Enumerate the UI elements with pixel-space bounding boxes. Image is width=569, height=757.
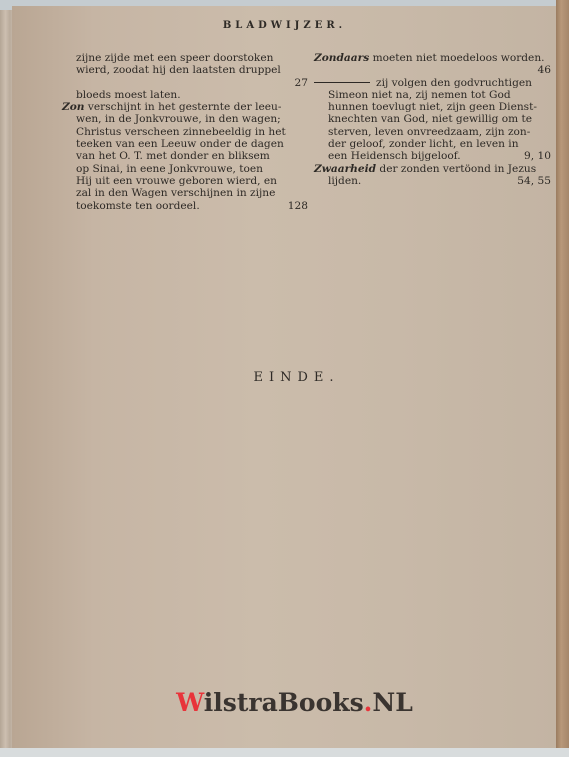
entry-line: van het O. T. met donder en bliksem — [62, 150, 308, 162]
entry-line: toekomste ten oordeel. — [76, 200, 200, 212]
entry-keyword: Zon — [62, 101, 85, 113]
index-entry: zij volgen den godvruchtigen Simeon niet… — [314, 77, 551, 163]
entry-line: Christus verscheen zinnebeeldig in het — [62, 126, 308, 138]
entry-line: een Heidensch bijgeloof. — [328, 150, 461, 162]
watermark-suffix: NL — [372, 688, 412, 717]
entry-page-ref: 9, 10 — [524, 150, 551, 162]
entry-line: zij volgen den godvruchtigen — [376, 77, 532, 89]
entry-line: Hij uit een vrouwe geboren wierd, en — [62, 175, 308, 187]
entry-page-ref: 54, 55 — [517, 175, 551, 187]
entry-line: teeken van een Leeuw onder de dagen — [62, 138, 308, 150]
watermark-logo: WilstraBooks.NL — [0, 688, 569, 717]
entry-line: zijne zijde met een speer doorstoken — [62, 52, 308, 64]
watermark-name: ilstraBooks — [204, 688, 364, 717]
entry-page-ref: 46 — [314, 64, 551, 76]
entry-keyword: Zondaars — [314, 52, 369, 64]
entry-line: zal in den Wagen verschijnen in zijne — [62, 187, 308, 199]
entry-line: verschijnt in het gesternte der leeu- — [88, 101, 282, 113]
entry-keyword: Zwaarheid — [314, 163, 376, 175]
index-column-right: Zondaars moeten niet moedeloos worden. 4… — [314, 52, 551, 187]
entry-line: wen, in de Jonkvrouwe, in den wagen; — [62, 113, 308, 125]
entry-line: op Sinai, in eene Jonkvrouwe, toen — [62, 163, 308, 175]
entry-page-ref: 128 — [288, 200, 308, 212]
entry-line: der zonden vertöond in Jezus — [379, 163, 536, 175]
entry-line: wierd, zoodat hij den laatsten druppel — [62, 64, 308, 76]
watermark-initial: W — [176, 688, 204, 717]
entry-line: Simeon niet na, zij nemen tot God — [314, 89, 551, 101]
index-entry: Zwaarheid der zonden vertöond in Jezus l… — [314, 163, 551, 188]
index-entry: zijne zijde met een speer doorstoken wie… — [62, 52, 308, 101]
entry-line: der geloof, zonder licht, en leven in — [314, 138, 551, 150]
background-bottom — [0, 748, 569, 757]
index-entry: Zon verschijnt in het gesternte der leeu… — [62, 101, 308, 212]
entry-line: bloeds moest laten. — [62, 89, 308, 101]
entry-line: sterven, leven onvreedzaam, zijn zon- — [314, 126, 551, 138]
repeat-dash — [314, 82, 370, 83]
entry-line: moeten niet moedeloos worden. — [373, 52, 545, 64]
entry-page-ref: 27 — [62, 77, 308, 89]
entry-line: lijden. — [328, 175, 361, 187]
running-header: BLADWIJZER. — [0, 20, 569, 31]
index-column-left: zijne zijde met een speer doorstoken wie… — [62, 52, 308, 212]
end-marker: EINDE. — [0, 370, 569, 385]
entry-line: knechten van God, niet gewillig om te — [314, 113, 551, 125]
entry-line: hunnen toevlugt niet, zijn geen Dienst- — [314, 101, 551, 113]
index-entry: Zondaars moeten niet moedeloos worden. 4… — [314, 52, 551, 77]
